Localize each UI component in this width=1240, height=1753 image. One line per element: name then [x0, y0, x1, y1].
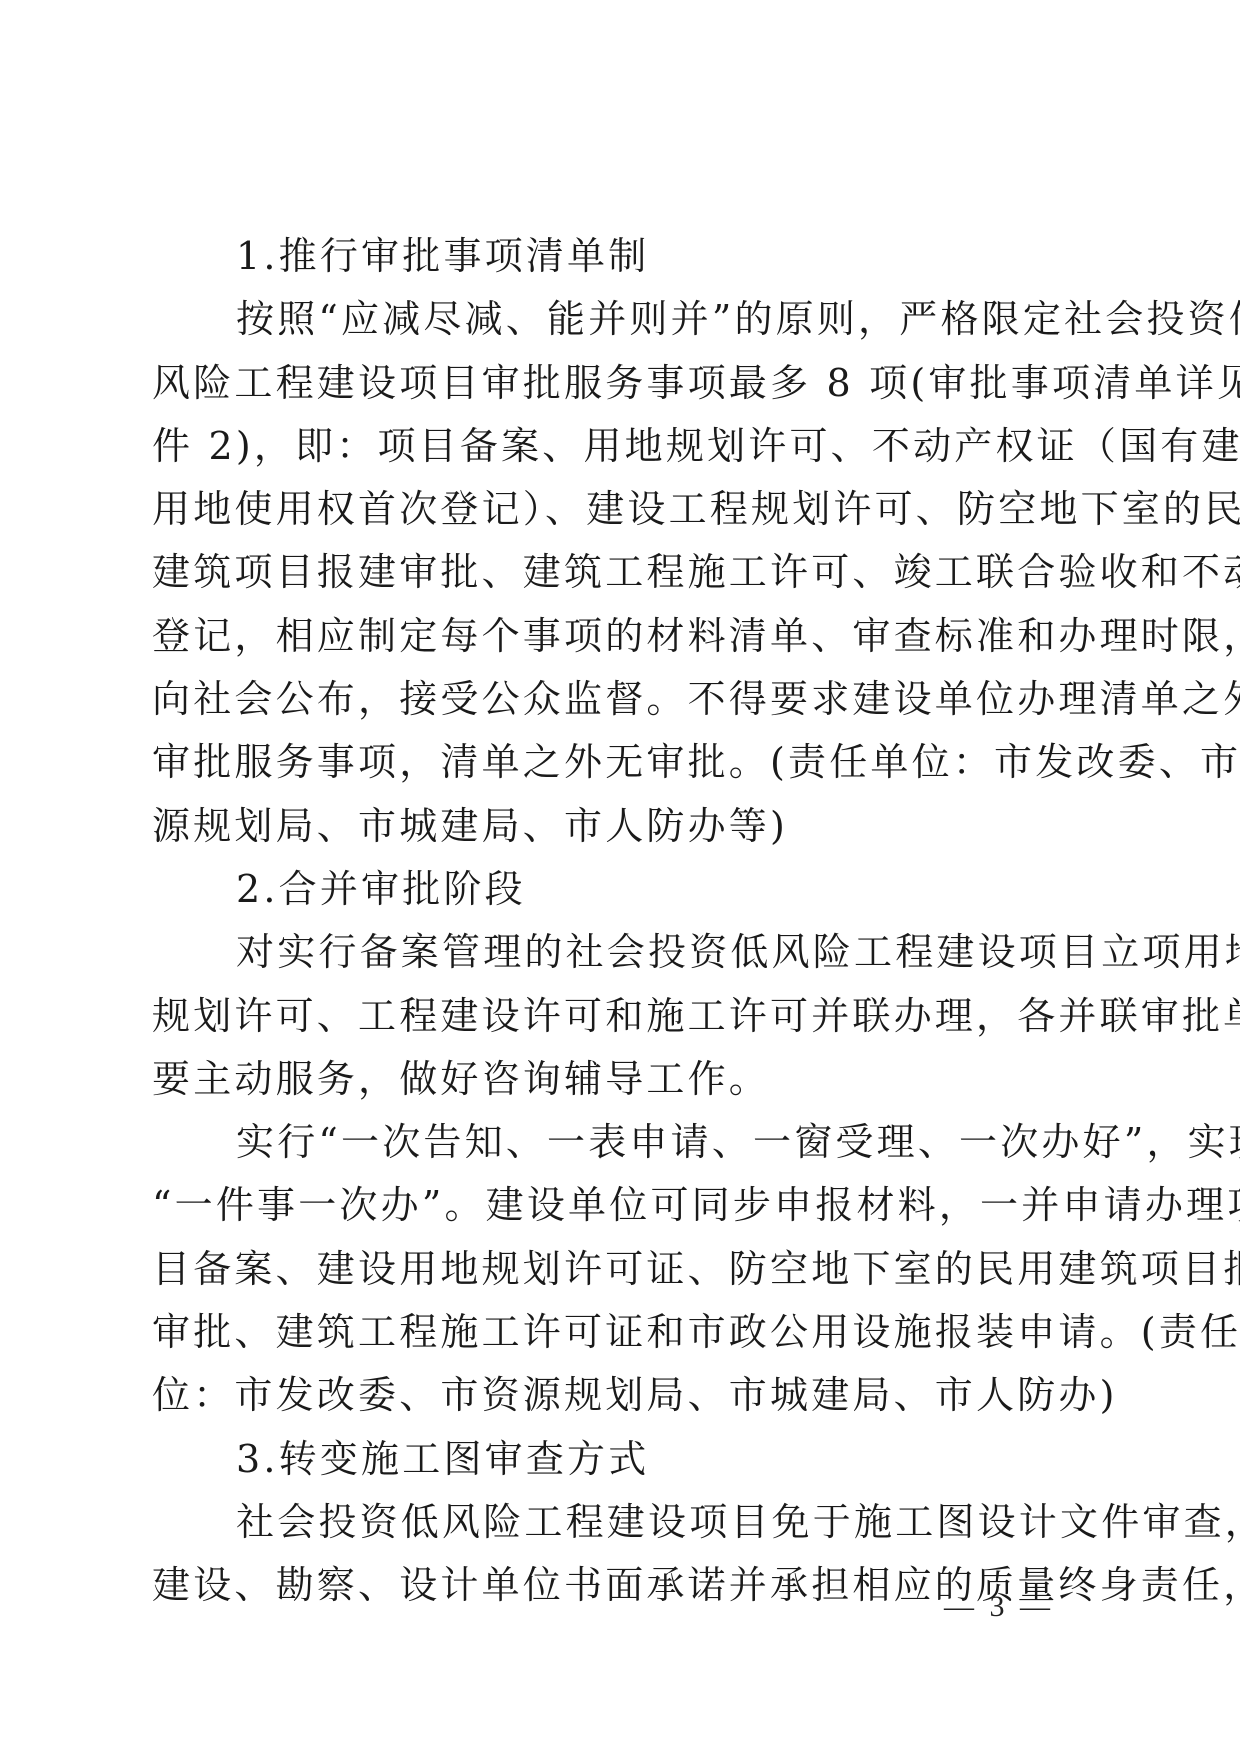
paragraph-line: 实行“一次告知、一表申请、一窗受理、一次办好”，实现: [152, 1111, 1076, 1174]
paragraph-line: 用地使用权首次登记）、建设工程规划许可、防空地下室的民用: [152, 478, 1076, 541]
document-page: 1.推行审批事项清单制 按照“应减尽减、能并则并”的原则，严格限定社会投资低 风…: [152, 225, 1076, 1618]
paragraph-line: 件 2)，即：项目备案、用地规划许可、不动产权证（国有建设: [152, 415, 1076, 478]
paragraph-line: 要主动服务，做好咨询辅导工作。: [152, 1048, 1076, 1111]
paragraph-line: 对实行备案管理的社会投资低风险工程建设项目立项用地: [152, 921, 1076, 984]
paragraph-line: 按照“应减尽减、能并则并”的原则，严格限定社会投资低: [152, 288, 1076, 351]
paragraph-line: 向社会公布，接受公众监督。不得要求建设单位办理清单之外的: [152, 668, 1076, 731]
paragraph-line: 位：市发改委、市资源规划局、市城建局、市人防办): [152, 1364, 1076, 1427]
paragraph-line: 风险工程建设项目审批服务事项最多 8 项(审批事项清单详见附: [152, 352, 1076, 415]
paragraph-line: 建筑项目报建审批、建筑工程施工许可、竣工联合验收和不动产: [152, 541, 1076, 604]
paragraph-line: 社会投资低风险工程建设项目免于施工图设计文件审查，由: [152, 1491, 1076, 1554]
paragraph-line: 登记，相应制定每个事项的材料清单、审查标准和办理时限，并: [152, 605, 1076, 668]
paragraph-line: 建设、勘察、设计单位书面承诺并承担相应的质量终身责任，城: [152, 1554, 1076, 1617]
page-number: — 3 —: [944, 1590, 1054, 1624]
paragraph-line: 源规划局、市城建局、市人防办等): [152, 795, 1076, 858]
section-heading-3: 3.转变施工图审查方式: [152, 1428, 1076, 1491]
section-heading-1: 1.推行审批事项清单制: [152, 225, 1076, 288]
paragraph-line: 审批、建筑工程施工许可证和市政公用设施报装申请。(责任单: [152, 1301, 1076, 1364]
paragraph-line: “一件事一次办”。建设单位可同步申报材料，一并申请办理项: [152, 1174, 1076, 1237]
paragraph-line: 目备案、建设用地规划许可证、防空地下室的民用建筑项目报建: [152, 1238, 1076, 1301]
section-heading-2: 2.合并审批阶段: [152, 858, 1076, 921]
paragraph-line: 规划许可、工程建设许可和施工许可并联办理，各并联审批单位: [152, 985, 1076, 1048]
paragraph-line: 审批服务事项，清单之外无审批。(责任单位：市发改委、市资: [152, 731, 1076, 794]
